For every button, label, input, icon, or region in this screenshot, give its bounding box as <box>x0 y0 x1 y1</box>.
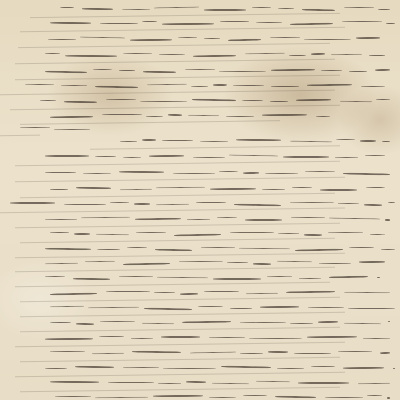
handwritten-word <box>270 101 288 102</box>
handwritten-word <box>364 204 382 206</box>
handwritten-word <box>60 7 74 8</box>
handwritten-word <box>296 99 331 101</box>
handwritten-word <box>236 139 281 141</box>
handwritten-word <box>65 54 117 56</box>
handwritten-word <box>262 189 285 190</box>
handwritten-word <box>290 201 334 203</box>
handwritten-word <box>331 54 362 56</box>
handwritten-word <box>120 140 137 141</box>
handwritten-word <box>344 7 374 8</box>
handwritten-word <box>329 275 368 278</box>
handwritten-word <box>187 219 210 220</box>
bleed-through-stroke <box>30 13 340 18</box>
bleed-through-stroke <box>15 282 330 287</box>
handwritten-word <box>210 188 256 190</box>
handwritten-word <box>157 277 208 279</box>
handwritten-word <box>45 218 77 219</box>
handwritten-word <box>48 39 76 40</box>
handwritten-word <box>200 141 228 142</box>
handwritten-word <box>356 37 380 39</box>
handwritten-word <box>213 278 261 280</box>
handwritten-word <box>290 323 313 324</box>
bleed-through-stroke <box>15 267 335 272</box>
handwritten-word <box>335 157 358 158</box>
handwritten-word <box>325 397 363 398</box>
handwritten-word <box>252 7 271 8</box>
handwritten-word <box>40 100 56 101</box>
handwritten-word <box>102 114 142 115</box>
handwritten-word <box>277 367 304 368</box>
handwritten-word <box>119 276 153 277</box>
handwritten-word <box>240 353 263 354</box>
handwritten-word <box>204 9 246 11</box>
handwritten-word <box>55 396 91 397</box>
bleed-through-stroke <box>0 207 345 213</box>
handwritten-word <box>286 290 335 293</box>
handwritten-word <box>386 23 395 24</box>
handwritten-word <box>182 320 231 323</box>
handwritten-word <box>163 368 216 369</box>
handwritten-word <box>268 351 288 353</box>
handwritten-word <box>393 368 395 369</box>
handwritten-word <box>50 381 99 383</box>
handwritten-word <box>388 202 395 203</box>
handwritten-word <box>245 53 285 55</box>
handwritten-word <box>144 308 192 311</box>
handwritten-word <box>219 70 266 71</box>
handwritten-word <box>127 247 147 248</box>
handwritten-word <box>342 21 382 22</box>
handwritten-word <box>209 396 236 397</box>
handwritten-word <box>311 53 325 55</box>
handwritten-word <box>338 203 359 204</box>
handwritten-word <box>363 337 390 339</box>
bleed-through-stroke <box>90 145 340 149</box>
handwritten-word <box>380 352 390 354</box>
handwritten-word <box>50 351 85 352</box>
handwritten-word <box>256 22 282 23</box>
handwritten-word <box>45 53 60 54</box>
handwritten-word <box>198 306 223 307</box>
handwritten-word <box>132 350 181 353</box>
handwritten-word <box>292 187 312 188</box>
handwritten-word <box>226 116 254 117</box>
handwritten-word <box>290 140 332 142</box>
handwritten-word <box>340 100 372 102</box>
handwritten-word <box>320 189 357 191</box>
handwritten-word <box>106 291 150 292</box>
handwritten-word <box>245 219 282 221</box>
handwritten-word <box>54 128 90 130</box>
handwritten-word <box>136 232 166 233</box>
handwritten-word <box>278 8 294 9</box>
handwritten-word <box>271 86 299 87</box>
handwritten-word <box>239 248 290 250</box>
handwritten-word <box>349 71 367 72</box>
handwritten-word <box>220 21 249 22</box>
handwritten-word <box>193 55 236 58</box>
handwritten-word <box>348 308 395 309</box>
handwritten-word <box>328 232 363 233</box>
handwritten-word <box>50 189 68 190</box>
handwritten-word <box>304 38 351 39</box>
handwritten-word <box>311 366 335 367</box>
handwritten-word <box>242 100 263 101</box>
handwritten-word <box>123 157 141 158</box>
handwritten-word <box>156 204 189 206</box>
handwritten-word <box>219 171 238 172</box>
handwritten-word <box>243 172 259 174</box>
handwritten-word <box>387 397 390 399</box>
bleed-through-stroke <box>20 297 340 302</box>
handwritten-word <box>188 115 219 117</box>
handwritten-word <box>318 321 338 323</box>
handwritten-word <box>123 262 170 265</box>
handwritten-word <box>185 69 215 70</box>
handwritten-word <box>142 322 174 324</box>
handwritten-word <box>50 232 69 233</box>
handwritten-word <box>45 276 65 277</box>
handwritten-word <box>25 83 54 85</box>
handwritten-word <box>349 247 374 248</box>
handwritten-word <box>45 155 89 157</box>
handwritten-word <box>191 85 208 86</box>
handwritten-word <box>265 173 298 174</box>
handwritten-word <box>275 396 316 399</box>
handwritten-word <box>302 9 335 12</box>
handwritten-word <box>336 139 355 140</box>
handwritten-word <box>142 139 156 141</box>
handwritten-word <box>271 68 315 71</box>
handwritten-word <box>343 367 384 369</box>
handwritten-word <box>154 292 175 293</box>
handwritten-word <box>299 277 321 278</box>
handwritten-word <box>97 249 120 250</box>
handwritten-word <box>168 114 182 116</box>
bleed-through-stroke <box>15 253 345 259</box>
bleed-through-stroke <box>20 327 340 332</box>
handwritten-word <box>64 101 97 103</box>
handwritten-word <box>307 336 357 338</box>
handwritten-word <box>234 203 281 206</box>
bleed-through-stroke <box>15 342 345 348</box>
handwritten-word <box>267 276 292 278</box>
bleed-through-stroke <box>20 312 345 318</box>
handwritten-word <box>76 323 94 325</box>
handwritten-word <box>344 292 390 294</box>
bleed-through-stroke <box>20 27 345 33</box>
handwritten-word <box>249 338 302 339</box>
bleed-through-stroke <box>15 75 340 81</box>
handwritten-word <box>307 84 352 87</box>
handwritten-word <box>95 156 116 157</box>
handwritten-word <box>209 337 245 339</box>
handwritten-word <box>50 116 93 119</box>
handwritten-word <box>88 307 139 309</box>
handwritten-word <box>134 203 150 205</box>
handwritten-word <box>83 173 111 175</box>
handwritten-word <box>376 99 390 100</box>
handwritten-word <box>96 234 129 236</box>
handwritten-word <box>45 248 91 251</box>
handwritten-word <box>283 156 329 158</box>
handwritten-word <box>158 383 181 384</box>
handwritten-word <box>305 171 335 172</box>
handwritten-word <box>382 141 390 142</box>
handwritten-word <box>192 98 236 101</box>
bleed-through-stroke <box>15 161 340 167</box>
bleed-through-stroke <box>0 90 335 96</box>
handwritten-word <box>370 233 385 234</box>
handwritten-word <box>162 22 214 24</box>
handwritten-word <box>143 71 176 73</box>
handwritten-word <box>119 171 164 173</box>
bleed-through-stroke <box>10 105 340 111</box>
handwritten-word <box>178 37 197 38</box>
handwritten-word <box>291 217 325 218</box>
handwritten-word <box>361 85 385 86</box>
handwritten-word <box>233 85 264 86</box>
handwritten-word <box>377 277 380 278</box>
handwritten-word <box>369 55 385 56</box>
bleed-through-stroke <box>20 238 335 243</box>
handwritten-word <box>388 321 390 322</box>
handwritten-word <box>159 54 185 55</box>
handwritten-word <box>229 154 278 156</box>
handwritten-word <box>80 37 125 39</box>
handwritten-word <box>240 322 286 323</box>
handwritten-word <box>190 352 236 354</box>
handwritten-word <box>204 38 220 39</box>
handwritten-word <box>162 140 193 141</box>
handwritten-word <box>343 172 390 175</box>
handwritten-word <box>329 217 380 219</box>
handwritten-word <box>64 204 106 205</box>
handwritten-word <box>131 337 153 338</box>
bleed-through-stroke <box>0 135 40 137</box>
handwritten-word <box>92 352 124 354</box>
handwritten-word <box>217 217 237 218</box>
handwritten-word <box>358 383 390 385</box>
handwritten-word <box>228 39 261 42</box>
handwritten-word <box>277 261 312 263</box>
handwritten-word <box>221 366 271 369</box>
handwritten-word <box>378 9 390 10</box>
handwritten-word <box>161 336 200 338</box>
handwritten-word <box>50 305 84 307</box>
handwritten-word <box>147 84 187 86</box>
handwritten-word <box>260 306 299 308</box>
bleed-through-stroke <box>20 387 340 392</box>
handwritten-word <box>85 261 115 263</box>
handwritten-word <box>82 8 113 10</box>
handwritten-word <box>135 218 181 221</box>
handwritten-word <box>186 381 206 383</box>
handwritten-word <box>246 292 278 294</box>
bleed-through-stroke <box>15 177 345 183</box>
handwritten-word <box>304 234 322 236</box>
handwritten-word <box>61 85 87 87</box>
handwritten-word <box>213 84 227 86</box>
manuscript-page <box>0 0 400 400</box>
handwritten-word <box>321 70 342 71</box>
handwritten-word <box>230 308 252 309</box>
handwritten-word <box>230 232 274 233</box>
handwritten-word <box>106 99 136 100</box>
handwritten-word <box>295 249 343 252</box>
handwritten-word <box>73 277 110 280</box>
handwritten-word <box>81 216 130 218</box>
handwritten-word <box>196 202 226 203</box>
handwritten-word <box>76 187 111 189</box>
handwritten-word <box>365 155 385 156</box>
handwritten-word <box>173 172 215 173</box>
handwritten-word <box>140 100 187 101</box>
handwritten-word <box>338 351 372 352</box>
handwritten-word <box>243 395 267 396</box>
handwritten-word <box>153 395 203 397</box>
handwritten-word <box>193 156 225 157</box>
handwritten-word <box>119 70 135 71</box>
handwritten-word <box>120 188 152 190</box>
handwritten-word <box>20 127 50 128</box>
handwritten-word <box>298 382 349 384</box>
handwritten-word <box>289 55 306 56</box>
handwritten-word <box>366 187 385 188</box>
handwritten-word <box>99 336 124 337</box>
handwritten-word <box>45 368 67 369</box>
handwritten-word <box>290 23 333 26</box>
handwritten-word <box>155 248 192 251</box>
handwritten-word <box>95 86 138 89</box>
handwritten-word <box>227 262 248 263</box>
handwritten-word <box>50 292 97 295</box>
handwritten-word <box>154 7 199 9</box>
handwritten-word <box>180 293 198 295</box>
handwritten-word <box>50 322 71 323</box>
handwritten-word <box>308 307 344 308</box>
bleed-through-stroke <box>15 372 345 378</box>
bleed-through-stroke <box>20 193 335 198</box>
bleed-through-stroke <box>15 59 335 64</box>
handwritten-word <box>212 382 249 384</box>
handwritten-word <box>45 263 78 265</box>
handwritten-word <box>142 21 157 22</box>
handwritten-word <box>359 261 385 263</box>
handwritten-word <box>108 382 154 383</box>
bleed-through-stroke <box>20 357 340 362</box>
handwritten-word <box>45 172 76 173</box>
handwritten-word <box>123 367 159 369</box>
handwritten-word <box>201 247 235 248</box>
handwritten-word <box>319 262 351 263</box>
handwritten-word <box>93 69 112 70</box>
handwritten-word <box>110 202 129 203</box>
handwritten-word <box>179 260 223 262</box>
handwritten-word <box>100 23 138 24</box>
handwritten-word <box>75 366 114 369</box>
handwritten-word <box>262 114 307 116</box>
handwritten-word <box>95 397 148 399</box>
handwritten-word <box>344 322 381 324</box>
handwritten-word <box>149 155 184 157</box>
bleed-through-stroke <box>20 120 280 125</box>
handwritten-word <box>278 233 299 234</box>
handwritten-word <box>74 233 90 235</box>
handwritten-word <box>316 115 330 116</box>
handwritten-word <box>174 233 221 236</box>
handwritten-word <box>130 38 172 40</box>
handwritten-word <box>375 69 390 71</box>
bleed-through-stroke <box>18 43 330 48</box>
handwritten-word <box>10 202 55 204</box>
handwritten-word <box>156 186 205 188</box>
handwritten-word <box>367 395 382 396</box>
bleed-through-stroke <box>15 223 340 229</box>
handwritten-word <box>122 9 150 11</box>
handwritten-word <box>50 22 91 24</box>
handwritten-word <box>123 53 152 54</box>
handwritten-word <box>146 115 163 116</box>
handwritten-word <box>256 380 290 382</box>
handwritten-word <box>253 263 271 265</box>
handwritten-word <box>270 37 300 38</box>
handwritten-word <box>381 248 395 249</box>
handwritten-word <box>204 291 239 292</box>
handwritten-word <box>100 321 135 322</box>
handwritten-word <box>385 219 390 221</box>
handwritten-word <box>45 70 87 73</box>
handwritten-word <box>45 338 93 340</box>
handwritten-word <box>360 140 376 142</box>
handwritten-word <box>294 353 331 354</box>
